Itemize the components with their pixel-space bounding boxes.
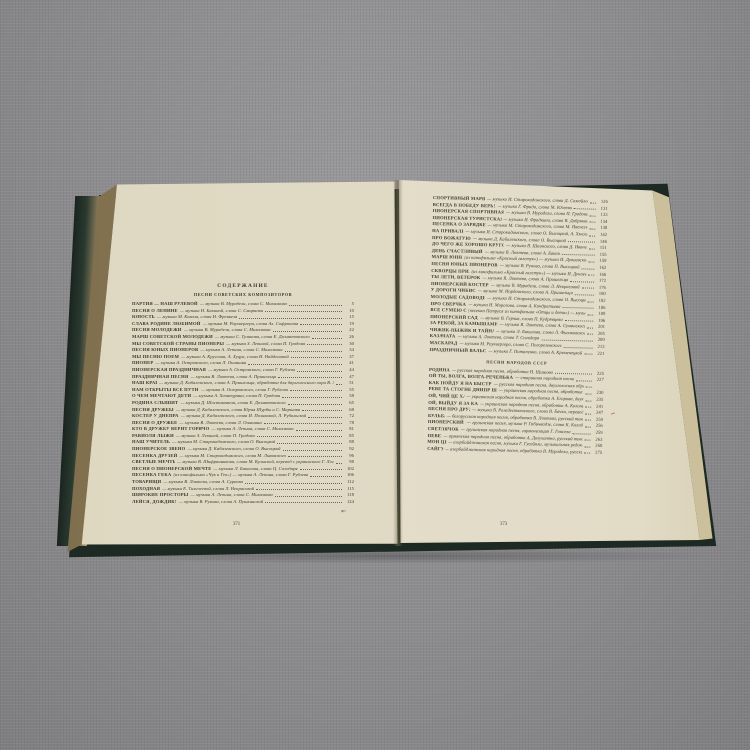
toc-entry-page: 30: [344, 341, 354, 347]
toc-entry-credit: — музыка М. Коваля, слова Н. Френкеля: [157, 314, 237, 320]
toc-entry-page: 225: [594, 370, 604, 376]
toc-entry-page: 205: [595, 331, 605, 337]
toc-leader-dots: [297, 371, 342, 372]
page-number-left: 371: [233, 522, 240, 527]
toc-entry-page: 96: [344, 453, 354, 459]
toc-leader-dots: [585, 420, 591, 421]
toc-entry: Костер у Днепра— музыка Д. Кабалевского,…: [132, 413, 354, 419]
toc-entry-title: Наш учитель: [132, 439, 170, 445]
toc-leader-dots: [574, 208, 596, 209]
toc-entry-title: Юность: [132, 314, 155, 320]
toc-leader-dots: [336, 463, 342, 464]
toc-entry-page: 92: [344, 446, 354, 452]
toc-leader-dots: [257, 436, 342, 437]
toc-entry: Равиоля лыжи— музыка З. Левиной, слова П…: [132, 433, 354, 439]
toc-leader-dots: [273, 331, 342, 332]
toc-entry-title: Сайгур: [427, 446, 443, 452]
toc-entry-credit: (из кинофильма «Чук и Гек») — музыка А. …: [173, 472, 308, 478]
toc-entry-title: Марш юннатов: [432, 254, 463, 261]
toc-entry-page: 34: [344, 347, 354, 353]
toc-leader-dots: [584, 453, 590, 454]
toc-entry-page: 235: [593, 397, 603, 403]
toc-entry-page: 68: [344, 407, 354, 413]
left-page-toc: Содержание Песни советских композиторов …: [132, 283, 354, 505]
toc-entry-page: 182: [596, 298, 606, 304]
toc-entry-credit: — музыка Д. Кабалевского, слова А. Прише…: [159, 380, 334, 386]
toc-entry: Светлые мечты— музыка В. Шафранникова, с…: [132, 459, 354, 465]
toc-entry-credit: — музыка С. Туликова, слова Е. Долматовс…: [215, 334, 310, 340]
toc-entry-title: Нам открыты все пути: [132, 387, 199, 393]
toc-entry-page: 159: [596, 258, 606, 264]
toc-entry-credit: — музыка М. Старокадомского, слова М. Ль…: [179, 453, 286, 459]
toc-entry-title: Светлые мечты: [132, 459, 175, 465]
toc-entry: О чем мечтают дети— музыка А. Хачатуряна…: [132, 393, 354, 399]
toc-entry-page: 102: [344, 466, 354, 472]
toc-entry-page: 227: [594, 377, 604, 383]
toc-entry-title: Походная: [132, 486, 160, 492]
toc-leader-dots: [589, 261, 595, 262]
toc-entry: Наш край— музыка Д. Кабалевского, слова …: [132, 380, 354, 386]
toc-leader-dots: [575, 294, 594, 295]
toc-entry: Песня о пионерской мечте— музыка Л. Бака…: [132, 466, 354, 472]
toc-leader-dots: [582, 268, 595, 269]
toc-entry-page: 22: [344, 327, 354, 333]
toc-entry-title: Песня о дружбе: [132, 420, 177, 426]
toc-entry: Пионерское звено— музыка Д. Кабалевского…: [132, 446, 354, 452]
toc-entry-page: 189: [595, 311, 605, 317]
toc-entry-page: 176: [596, 284, 606, 290]
toc-leader-dots: [285, 351, 342, 352]
toc-entry-credit: — музыка Д. Кабалевского, слова И. Полив…: [181, 413, 307, 419]
toc-entry: Юность— музыка М. Коваля, слова Н. Френк…: [132, 314, 354, 320]
toc-entry-title: Кто в дружбу верит горячо: [132, 426, 209, 432]
toc-entry: Мы советской страны пионеры— музыка З. Л…: [132, 341, 354, 347]
toc-entry-credit: — музыка В. Мурадели, слова С. Михалкова: [200, 301, 287, 307]
toc-entry-page: 5: [344, 301, 354, 307]
toc-entry-page: 155: [597, 251, 607, 257]
toc-leader-dots: [576, 380, 592, 381]
toc-leader-dots: [289, 305, 342, 306]
toc-entry-credit: — музыка З. Левиной, слова П. Градова: [176, 433, 255, 439]
toc-entry-page: 151: [597, 245, 607, 251]
toc-section-heading-folk: Песни народов СССР: [429, 358, 604, 368]
toc-entry-page: 65: [344, 400, 354, 406]
toc-entry: Широкие просторы— музыка А. Лепина, слов…: [132, 492, 354, 498]
toc-leader-dots: [589, 248, 595, 249]
toc-entry-title: Родина слышит: [132, 400, 178, 406]
toc-entry-title: Слава Родине любимой: [132, 321, 201, 327]
toc-entry-list-folk: Родина— русская народная песня, обработк…: [427, 367, 604, 456]
toc-entry: Наш учитель— музыка М. Старокадомского, …: [132, 439, 354, 445]
toc-entry-page: 201: [595, 324, 605, 330]
toc-entry-credit: — музыка В. Локтева, слова А. Пришельца: [190, 374, 276, 380]
toc-entry-page: 247: [593, 410, 603, 416]
toc-entry: Походная— музыка Е. Тиличеевой, слова Л.…: [132, 486, 354, 492]
toc-entry-title: Казачата: [430, 333, 456, 340]
toc-entry-credit: — музыка Н. Бакиной, слова С. Смирнова: [180, 308, 263, 314]
toc-entry-credit: — музыка М. Раухвергера, слова Ал. Софро…: [203, 321, 299, 327]
toc-entry-credit: — музыка А. Островского, слова Г. Рублев…: [208, 367, 295, 373]
toc-leader-dots: [589, 235, 595, 236]
toc-entry-page: 78: [344, 420, 354, 426]
toc-entry-credit: — музыка М. Старокадомского, слова О. Вы…: [172, 439, 275, 445]
toc-entry: Песня юных пионеров— музыка А. Лепина, с…: [132, 347, 354, 353]
toc-section-heading: Песни советских композиторов: [132, 292, 354, 298]
toc-leader-dots: [300, 324, 342, 325]
toc-entry-page: 250: [593, 416, 603, 422]
toc-entry-title: Праздничная песня: [132, 374, 188, 380]
toc-entry-page: 98: [344, 459, 354, 465]
toc-leader-dots: [589, 222, 595, 223]
toc-entry-page: 126: [598, 199, 608, 205]
toc-entry-page: 118: [344, 492, 354, 498]
toc-entry-page: 259: [593, 430, 603, 436]
toc-leader-dots: [336, 384, 342, 385]
toc-entry-credit: — музыка Д. Кабалевского, слова О. Высоц…: [187, 446, 280, 452]
toc-entry: Мы песню поем— музыка А. Круглова, А. Ху…: [132, 354, 354, 360]
toc-leader-dots: [300, 469, 342, 470]
toc-entry-title: Бульба: [428, 413, 445, 419]
toc-leader-dots: [582, 288, 594, 289]
toc-entry-title: Пионерская праздничная: [132, 367, 206, 373]
toc-leader-dots: [564, 347, 593, 349]
toc-entry-title: Светлячок: [428, 426, 459, 433]
toc-entry-page: 172: [596, 278, 606, 284]
toc-entry-page: 37: [344, 354, 354, 360]
toc-leader-dots: [587, 314, 593, 315]
toc-entry-page: 209: [595, 337, 605, 343]
toc-leader-dots: [587, 327, 593, 328]
toc-leader-dots: [585, 400, 591, 401]
toc-entry-title: Песенка друзей: [132, 453, 177, 459]
toc-entry-title: Песня юных пионеров: [132, 347, 198, 353]
toc-entry: Песня о Ленине— музыка Н. Бакиной, слова…: [132, 308, 354, 314]
toc-entry-page: 166: [596, 271, 606, 277]
toc-leader-dots: [562, 307, 593, 309]
toc-entry-credit: — музыка В. Рунова, слова А. Пушкинской: [179, 499, 264, 505]
book-gutter: [393, 180, 403, 546]
toc-entry-page: 58: [344, 393, 354, 399]
toc-entry-title: Мои цыплята: [427, 439, 446, 445]
toc-entry-credit: — музыка А. Хачатуряна, слова П. Градова: [193, 393, 280, 399]
toc-entry-title: Мы советской страны пионеры: [132, 341, 224, 347]
toc-leader-dots: [245, 483, 342, 484]
toc-leader-dots: [290, 390, 342, 391]
toc-entry-credit: — музыка А. Островского, слова Л. Ошанин…: [155, 360, 246, 366]
toc-entry-page: 26: [344, 334, 354, 340]
toc-entry: Лейся, дождик!— музыка В. Рунова, слова …: [132, 499, 354, 505]
toc-leader-dots: [312, 338, 342, 339]
toc-leader-dots: [239, 318, 342, 319]
toc-entry: Пионер— музыка А. Островского, слова Л. …: [132, 360, 354, 366]
toc-entry: Слава Родине любимой— музыка М. Раухверг…: [132, 321, 354, 327]
toc-entry-page: 106: [344, 472, 354, 478]
right-page-toc: Спортивный марш— музыка И. Старокадомско…: [427, 195, 608, 456]
toc-entry: Кто в дружбу верит горячо— музыка А. Леп…: [132, 426, 354, 432]
toc-entry-page: 275: [592, 449, 602, 455]
toc-leader-dots: [562, 254, 595, 256]
toc-entry-page: 213: [595, 344, 605, 350]
toc-entry-page: 15: [344, 314, 354, 320]
toc-entry: Родина слышит— музыка Д. Шостаковича, сл…: [132, 400, 354, 406]
toc-heading: Содержание: [132, 283, 354, 289]
toc-entry-page: 133: [598, 212, 608, 218]
toc-leader-dots: [585, 413, 591, 414]
toc-entry-title: Песня о Ленине: [132, 308, 178, 314]
toc-entry-credit: — музыка Д. Шостаковича, слова Е. Долмат…: [180, 400, 285, 406]
toc-entry-credit: — музыка Г. Потапенко, слова А. Кременец…: [488, 348, 582, 356]
toc-leader-dots: [282, 397, 342, 398]
toc-entry: Праздничная песня— музыка В. Локтева, сл…: [132, 374, 354, 380]
toc-leader-dots: [565, 320, 594, 322]
toc-entry-page: 51: [344, 380, 354, 386]
toc-leader-dots: [590, 202, 596, 203]
toc-entry: Марш советской молодежи— музыка С. Тулик…: [132, 334, 354, 340]
toc-leader-dots: [587, 334, 593, 335]
toc-entry-title: Певец: [427, 433, 441, 439]
toc-entry-title: Маскарад: [430, 340, 458, 347]
toc-entry-page: 142: [597, 232, 607, 238]
toc-entry-title: Товарищи: [132, 479, 161, 485]
toc-entry-page: 19: [344, 321, 354, 327]
toc-entry-title: Мы песню поем: [132, 354, 179, 360]
toc-entry-credit: — музыка А. Островского, слова Г. Рублев…: [201, 387, 288, 393]
toc-leader-dots: [248, 364, 342, 365]
toc-entry-page: 115: [344, 486, 354, 492]
toc-entry-title: Пионерское звено: [132, 446, 185, 452]
toc-entry-page: 124: [344, 499, 354, 505]
toc-entry-page: 10: [344, 308, 354, 314]
toc-entry: Товарищи— музыка В. Локтева, слова А. Су…: [132, 479, 354, 485]
toc-entry-page: 256: [593, 423, 603, 429]
toc-leader-dots: [296, 430, 342, 431]
toc-entry-credit: — музыка В. Локтева, слова А. Суркова: [163, 479, 243, 485]
toc-leader-dots: [586, 387, 592, 388]
toc-entry-page: 138: [597, 225, 607, 231]
toc-entry: Песенка друзей— музыка М. Старокадомског…: [132, 453, 354, 459]
toc-entry-page: 55: [344, 387, 354, 393]
toc-entry-page: 196: [595, 317, 605, 323]
toc-leader-dots: [265, 502, 342, 503]
toc-entry-list: Партия — наш рулевой— музыка В. Мурадели…: [132, 301, 354, 505]
toc-entry-title: Праздничный вальс: [429, 347, 486, 354]
toc-entry-page: 81: [344, 426, 354, 432]
toc-leader-dots: [588, 301, 594, 302]
toc-entry-title: Песня молодежи: [132, 327, 182, 333]
toc-entry-page: 44: [344, 367, 354, 373]
toc-leader-dots: [307, 344, 342, 345]
toc-entry-page: 146: [597, 238, 607, 244]
toc-leader-dots: [308, 417, 342, 418]
toc-entry-title: Костер у Днепра: [132, 413, 179, 419]
toc-leader-dots: [555, 373, 592, 375]
toc-entry-credit: — музыка З. Левиной, слова П. Градова: [226, 341, 305, 347]
toc-leader-dots: [584, 354, 592, 355]
toc-leader-dots: [291, 357, 342, 358]
toc-leader-dots: [302, 410, 342, 411]
toc-leader-dots: [585, 407, 591, 408]
toc-entry-credit: — музыка Д. Кабалевского, слова Юрия Шур…: [176, 407, 301, 413]
toc-entry-page: 112: [344, 479, 354, 485]
toc-entry-page: 134: [597, 219, 607, 225]
toc-leader-dots: [589, 229, 595, 230]
toc-entry-credit: — музыка А. Круглова, А. Хуцуа, слова Н.…: [181, 354, 289, 360]
toc-entry: Песня дружбы— музыка Д. Кабалевского, сл…: [132, 407, 354, 413]
toc-entry-page: 85: [344, 433, 354, 439]
toc-entry-title: Песня о пионерской мечте: [132, 466, 211, 472]
toc-entry: Партия — наш рулевой— музыка В. Мурадели…: [132, 301, 354, 307]
toc-entry-list-continued: Спортивный марш— музыка И. Старокадомско…: [429, 195, 608, 357]
toc-entry: Песенка Гека(из кинофильма «Чук и Гек») …: [132, 472, 354, 478]
toc-leader-dots: [584, 446, 590, 447]
toc-leader-dots: [256, 489, 342, 490]
ink-mark: *ʻ: [341, 510, 346, 516]
toc-entry-title: Родина: [429, 367, 450, 373]
toc-entry-title: Партия — наш рулевой: [132, 301, 198, 307]
toc-entry-page: 180: [596, 291, 606, 297]
toc-entry-credit: — музыка Л. Бакалова, слова Ц. Солодаря: [213, 466, 297, 472]
toc-leader-dots: [275, 496, 342, 497]
toc-entry-title: Песня дружбы: [132, 407, 174, 413]
photo-scene: Содержание Песни советских композиторов …: [0, 0, 750, 750]
toc-leader-dots: [568, 241, 595, 243]
toc-entry-page: 88: [344, 439, 354, 445]
toc-leader-dots: [573, 433, 591, 434]
toc-leader-dots: [570, 281, 594, 283]
toc-entry: Пионерская праздничная— музыка А. Остров…: [132, 367, 354, 373]
toc-entry-page: 268: [592, 443, 602, 449]
toc-entry-title: Песенка Гека: [132, 472, 171, 478]
toc-leader-dots: [264, 423, 342, 424]
toc-entry-page: 47: [344, 374, 354, 380]
toc-entry-title: На привале: [432, 228, 463, 235]
toc-entry-credit: — музыка Е. Тиличеевой, слова Л. Некрасо…: [162, 486, 254, 492]
toc-leader-dots: [541, 340, 593, 342]
toc-entry-title: Наш край: [132, 380, 157, 386]
toc-entry: Песня молодежи— музыка В. Мурадели, слов…: [132, 327, 354, 333]
toc-entry-page: 241: [593, 403, 603, 409]
toc-leader-dots: [590, 215, 596, 216]
toc-leader-dots: [310, 476, 342, 477]
toc-entry-title: Широкие просторы: [132, 492, 188, 498]
toc-entry-title: О чем мечтают дети: [132, 393, 191, 399]
toc-entry-credit: — музыка А. Лепина, слова С. Михалкова: [190, 492, 272, 498]
page-number-right: 373: [500, 522, 507, 527]
toc-entry-title: Пионер: [132, 360, 153, 366]
toc-entry-credit: — музыка В. Мурадели, слова С. Михалкова: [184, 327, 271, 333]
toc-leader-dots: [586, 394, 592, 395]
toc-entry-page: 41: [344, 360, 354, 366]
toc-entry-credit: — музыка А. Лепина, слова С. Михалкова: [211, 426, 293, 432]
toc-leader-dots: [588, 275, 594, 276]
toc-entry-credit: — музыка В. Локтева, слова Л. Ошанина: [179, 420, 261, 426]
toc-leader-dots: [277, 443, 342, 444]
toc-entry-page: 131: [598, 205, 608, 211]
toc-entry-page: 221: [594, 350, 604, 356]
toc-entry-title: Марш советской молодежи: [132, 334, 213, 340]
toc-leader-dots: [288, 404, 342, 405]
toc-entry-title: Равиоля лыжи: [132, 433, 174, 439]
toc-leader-dots: [265, 311, 342, 312]
toc-entry: Нам открыты все пути— музыка А. Островск…: [132, 387, 354, 393]
toc-entry: Песня о дружбе— музыка В. Локтева, слова…: [132, 420, 354, 426]
toc-entry-page: 162: [596, 265, 606, 271]
toc-entry-credit: — музыка А. Лепина, слова С. Михалкова: [200, 347, 282, 353]
toc-leader-dots: [278, 377, 342, 378]
toc-leader-dots: [584, 440, 590, 441]
toc-leader-dots: [288, 456, 342, 457]
toc-leader-dots: [585, 427, 591, 428]
toc-entry-credit: — музыка В. Шафранникова, слова М. Кулыс…: [177, 459, 334, 465]
toc-entry-page: 186: [595, 304, 605, 310]
toc-entry-page: 263: [592, 436, 602, 442]
toc-entry-page: 230: [593, 390, 603, 396]
toc-leader-dots: [283, 450, 343, 451]
toc-entry-page: 72: [344, 413, 354, 419]
toc-entry-title: Лейся, дождик!: [132, 499, 177, 505]
